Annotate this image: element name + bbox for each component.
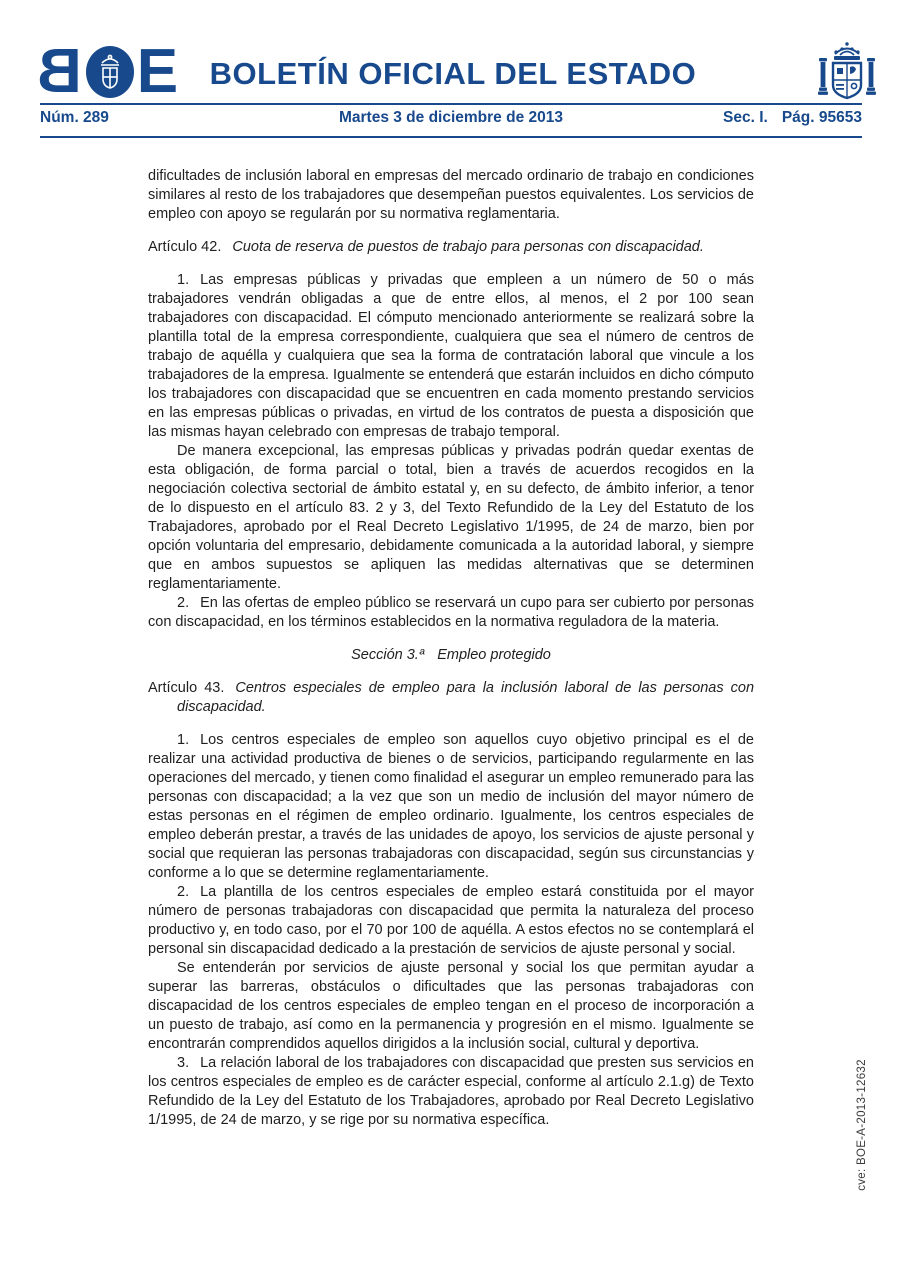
articulo-43-heading: Artículo 43.Centros especiales de empleo…: [148, 679, 754, 717]
paragraph-art42-2: 2.En las ofertas de empleo público se re…: [148, 594, 754, 632]
seccion-3-label: Sección 3.ª: [351, 647, 437, 663]
paragraph-text: Los centros especiales de empleo son aqu…: [148, 732, 754, 881]
paragraph-art43-2: 2.La plantilla de los centros especiales…: [148, 883, 754, 959]
seccion-3-title: Empleo protegido: [437, 647, 551, 663]
paragraph-art42-exception: De manera excepcional, las empresas públ…: [148, 442, 754, 594]
articulo-42-heading: Artículo 42.Cuota de reserva de puestos …: [148, 238, 754, 257]
section-label: Sec. I.: [723, 109, 768, 126]
paragraph-text: En las ofertas de empleo público se rese…: [148, 595, 754, 630]
spain-coat-of-arms-icon: [816, 40, 878, 102]
page-title: BOLETÍN OFICIAL DEL ESTADO: [0, 56, 906, 92]
paragraph-text: La relación laboral de los trabajadores …: [148, 1055, 754, 1128]
paragraph-number: 1.: [177, 732, 200, 748]
paragraph-art42-1: 1.Las empresas públicas y privadas que e…: [148, 271, 754, 442]
paragraph-number: 2.: [177, 884, 200, 900]
paragraph-text: La plantilla de los centros especiales d…: [148, 884, 754, 957]
paragraph-number: 1.: [177, 272, 200, 288]
paragraph-continuation: dificultades de inclusión laboral en emp…: [148, 167, 754, 224]
articulo-42-label: Artículo 42.: [148, 239, 232, 255]
section-and-page: Sec. I.Pág. 95653: [563, 109, 862, 127]
articulo-43-title: Centros especiales de empleo para la inc…: [177, 680, 754, 715]
header-meta-row: Núm. 289 Martes 3 de diciembre de 2013 S…: [40, 109, 862, 127]
paragraph-art43-services: Se entenderán por servicios de ajuste pe…: [148, 959, 754, 1054]
paragraph-art43-3: 3.La relación laboral de los trabajadore…: [148, 1054, 754, 1130]
issue-number: Núm. 289: [40, 109, 339, 127]
paragraph-text: Las empresas públicas y privadas que emp…: [148, 272, 754, 440]
articulo-43-label: Artículo 43.: [148, 680, 235, 696]
cve-verification-code: cve: BOE-A-2013-12632: [856, 1059, 868, 1191]
document-body: dificultades de inclusión laboral en emp…: [148, 167, 754, 1130]
paragraph-art43-1: 1.Los centros especiales de empleo son a…: [148, 731, 754, 883]
paragraph-number: 3.: [177, 1055, 200, 1071]
header-rule-bottom: [40, 136, 862, 138]
header-rule-top: [40, 103, 862, 105]
articulo-42-title: Cuota de reserva de puestos de trabajo p…: [232, 239, 704, 255]
page-number: Pág. 95653: [782, 109, 862, 126]
seccion-3-heading: Sección 3.ªEmpleo protegido: [148, 646, 754, 665]
paragraph-number: 2.: [177, 595, 200, 611]
issue-date: Martes 3 de diciembre de 2013: [339, 109, 563, 127]
boe-gazette-page: B E BOLETÍN OFICIAL DEL ESTADO: [0, 0, 906, 1280]
